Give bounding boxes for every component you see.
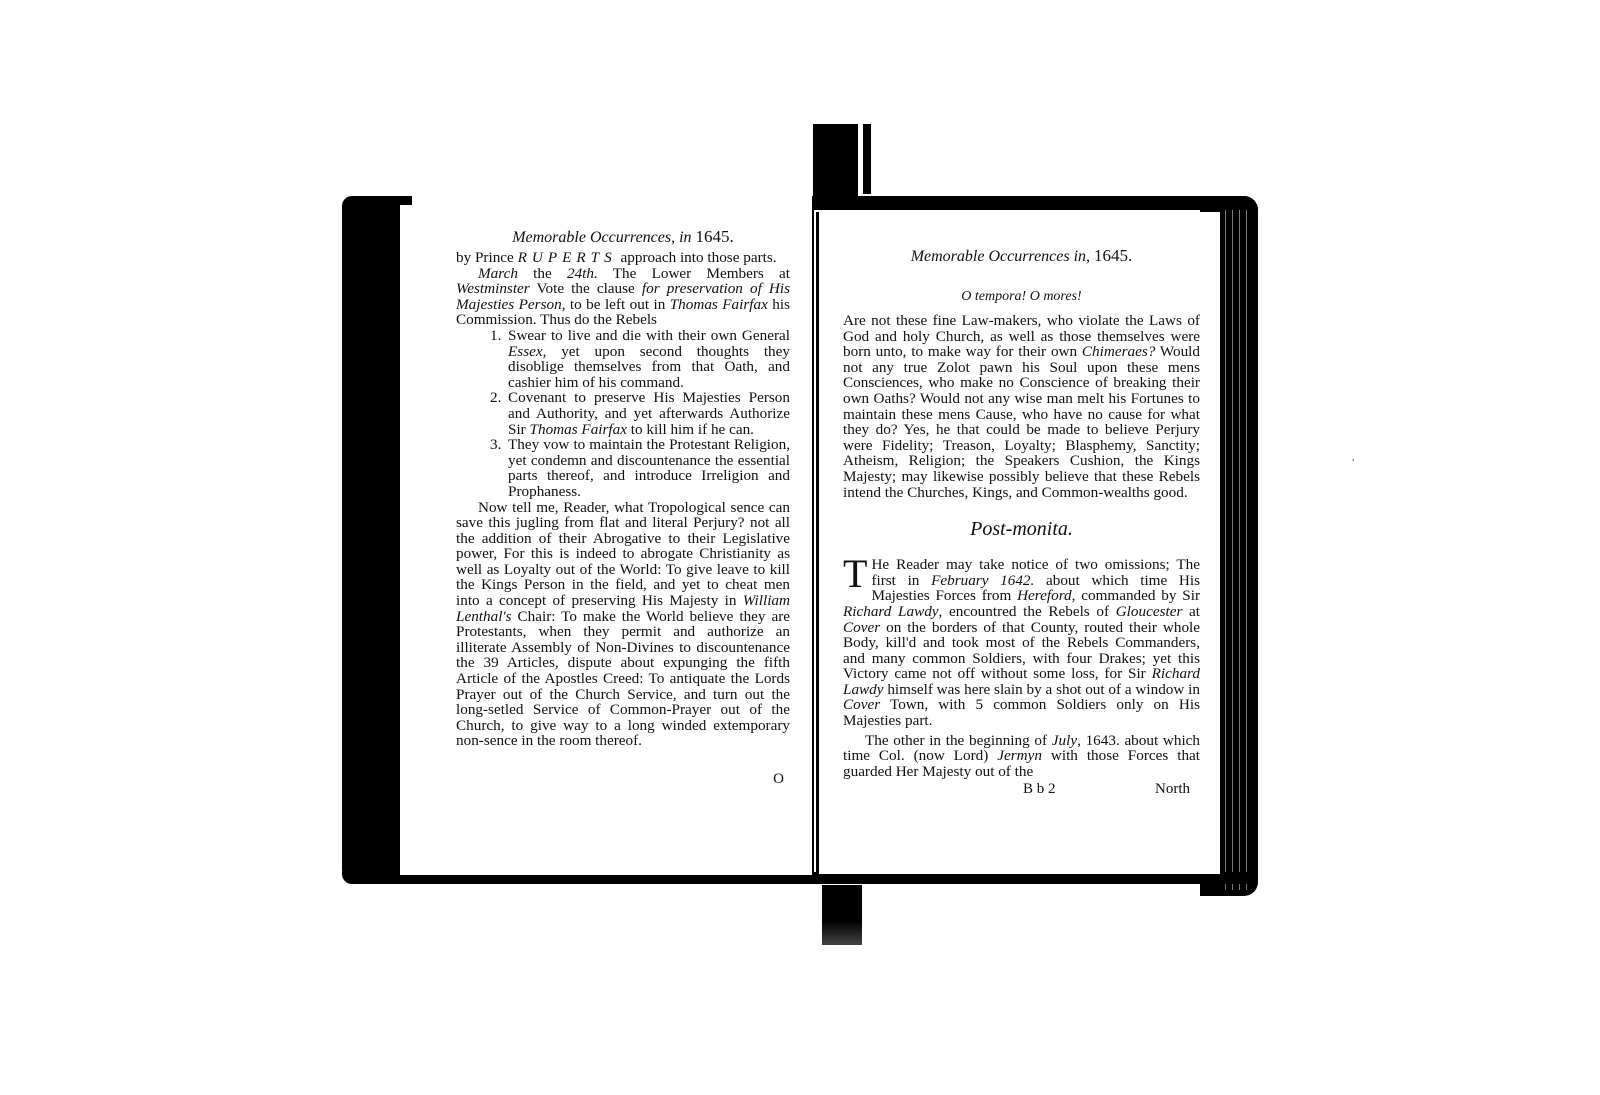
date-italic: February 1642.	[931, 572, 1034, 589]
text-run: Chair: To make the World believe they ar…	[456, 608, 790, 750]
person-italic: Richard Lawdy	[843, 603, 939, 620]
opening-paragraph: by Prince RUPERTS approach into those pa…	[456, 250, 790, 266]
book-spine-edge	[863, 124, 871, 194]
page-footer: B b 2 North	[843, 781, 1200, 798]
motto: O tempora! O mores!	[843, 289, 1200, 305]
march-paragraph: March the 24th. The Lower Members at Wes…	[456, 266, 790, 328]
running-head-left: Memorable Occurrences, in 1645.	[456, 227, 790, 248]
text-run: , encountred the Rebels of	[939, 603, 1116, 620]
book-cover-top	[812, 196, 1258, 210]
omissions-paragraph: THe Reader may take notice of two omissi…	[843, 557, 1200, 729]
text-run: , yet upon second thoughts they disoblig…	[508, 343, 790, 391]
text-run: on the borders of that County, routed th…	[843, 619, 1200, 683]
book-spine-top	[813, 124, 858, 204]
book-spine-bottom	[822, 885, 862, 945]
place-italic: Hereford	[1017, 587, 1072, 604]
text-run: , commanded by Sir	[1072, 587, 1200, 604]
list-number: 2.	[490, 390, 501, 406]
text-run: Vote the clause	[530, 280, 642, 297]
running-head-year: 1645.	[696, 227, 734, 246]
list-number: 3.	[490, 437, 501, 453]
signature-mark: B b 2	[1023, 781, 1056, 798]
name-rupert: RUPERTS	[518, 249, 617, 266]
drop-cap: T	[843, 559, 867, 589]
list-item: 1.Swear to live and die with their own G…	[490, 328, 790, 390]
date-italic: March	[478, 265, 518, 282]
right-page: Memorable Occurrences in, 1645. O tempor…	[816, 212, 1220, 874]
date-italic: July	[1052, 732, 1077, 749]
section-title: Post-monita.	[843, 518, 1200, 541]
text-run: Swear to live and die with their own Gen…	[508, 327, 790, 344]
reader-paragraph: Now tell me, Reader, what Tropological s…	[456, 500, 790, 750]
text-run: at	[1182, 603, 1200, 620]
name-italic: Thomas Fairfax	[530, 421, 627, 438]
place-italic: Cover	[843, 696, 880, 713]
text-run: The other in the beginning of	[865, 732, 1052, 749]
running-head-text: Memorable Occurrences, in	[512, 229, 691, 246]
left-page: Memorable Occurrences, in 1645. by Princ…	[400, 205, 814, 875]
page-edges	[1222, 210, 1248, 890]
person-italic: Thomas Fairfax	[670, 296, 768, 313]
text-run: The Lower Members at	[598, 265, 790, 282]
name-italic: Essex	[508, 343, 543, 360]
text-run: Would not any true Zolot pawn his Soul u…	[843, 343, 1200, 500]
lawmakers-paragraph: Are not these fine Law-makers, who viola…	[843, 313, 1200, 500]
text-run: approach into those parts.	[617, 249, 777, 266]
catchword-right: North	[1155, 781, 1190, 798]
running-head-right: Memorable Occurrences in, 1645.	[843, 246, 1200, 267]
text-run: Now tell me, Reader, what Tropological s…	[456, 499, 790, 610]
running-head-text: Memorable Occurrences in,	[911, 248, 1090, 265]
place-italic: Cover	[843, 619, 880, 636]
catchword-left: O	[456, 771, 790, 788]
list-number: 1.	[490, 328, 501, 344]
other-paragraph: The other in the beginning of July, 1643…	[843, 733, 1200, 780]
text-run: Town, with 5 common Soldiers only on His…	[843, 696, 1200, 729]
place-italic: Gloucester	[1116, 603, 1183, 620]
text-run: to kill him if he can.	[627, 421, 754, 438]
word-italic: Chimeraes?	[1082, 343, 1155, 360]
text-run: the	[518, 265, 567, 282]
date-italic: 24th.	[567, 265, 598, 282]
text-run: , to be left out in	[562, 296, 670, 313]
text-run: They vow to maintain the Protestant Reli…	[508, 436, 790, 500]
list-item: 3.They vow to maintain the Protestant Re…	[490, 437, 790, 499]
person-italic: Jermyn	[997, 747, 1042, 764]
text-run: by Prince	[456, 249, 518, 266]
place-italic: Westminster	[456, 280, 530, 297]
running-head-year: 1645.	[1094, 246, 1132, 265]
list-item: 2.Covenant to preserve His Majesties Per…	[490, 390, 790, 437]
rebels-list: 1.Swear to live and die with their own G…	[456, 328, 790, 500]
text-run: himself was here slain by a shot out of …	[884, 681, 1200, 698]
scan-speck: ,	[1352, 452, 1355, 463]
